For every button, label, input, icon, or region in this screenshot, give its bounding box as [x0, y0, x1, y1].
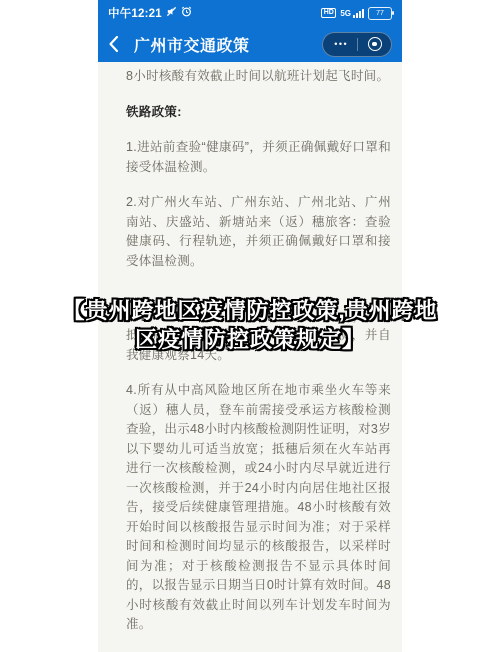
- watermark-overlay-text: 【贵州跨地区疫情防控政策,贵州跨地区疫情防控政策规定】: [0, 296, 500, 354]
- back-button[interactable]: [108, 34, 126, 54]
- paragraph-rule-1: 1.进站前查验“健康码”，并须正确佩戴好口罩和接受体温检测。: [126, 138, 391, 177]
- status-bar: 中午12:21 HD: [98, 0, 402, 26]
- circle-target-icon: [372, 42, 377, 47]
- more-menu-button[interactable]: •••: [332, 40, 348, 49]
- miniprogram-capsule: •••: [322, 32, 392, 57]
- exit-circle-button[interactable]: [368, 37, 382, 51]
- signal-bars-icon: [353, 9, 364, 18]
- status-bar-right: HD 5G 77: [321, 7, 392, 20]
- page: 中午12:21 HD: [0, 0, 500, 652]
- mute-icon: [166, 4, 177, 22]
- paragraph-rule-4: 4.所有从中高风险地区所在地市乘坐火车等来（返）穗人员，登车前需接受承运方核酸检…: [126, 381, 391, 635]
- status-bar-left: 中午12:21: [108, 4, 192, 22]
- section-heading-railway: 铁路政策:: [126, 103, 391, 123]
- page-title: 广州市交通政策: [134, 33, 322, 56]
- nav-bar: 广州市交通政策 •••: [98, 26, 402, 62]
- battery-icon: 77: [368, 7, 392, 20]
- status-time: 中午12:21: [108, 5, 162, 21]
- hd-icon: HD: [321, 8, 336, 18]
- alarm-clock-icon: [181, 4, 192, 22]
- network-type-label: 5G: [340, 10, 351, 18]
- paragraph-rule-2: 2.对广州火车站、广州东站、广州北站、广州南站、庆盛站、新塘站来（返）穗旅客：查…: [126, 193, 391, 271]
- paragraph-flight-deadline: 8小时核酸有效截止时间以航班计划起飞时间。: [126, 67, 391, 87]
- network-indicator: 5G: [340, 9, 364, 18]
- chevron-left-icon: [108, 35, 119, 53]
- battery-percent-label: 77: [376, 10, 384, 17]
- capsule-divider: [357, 38, 358, 51]
